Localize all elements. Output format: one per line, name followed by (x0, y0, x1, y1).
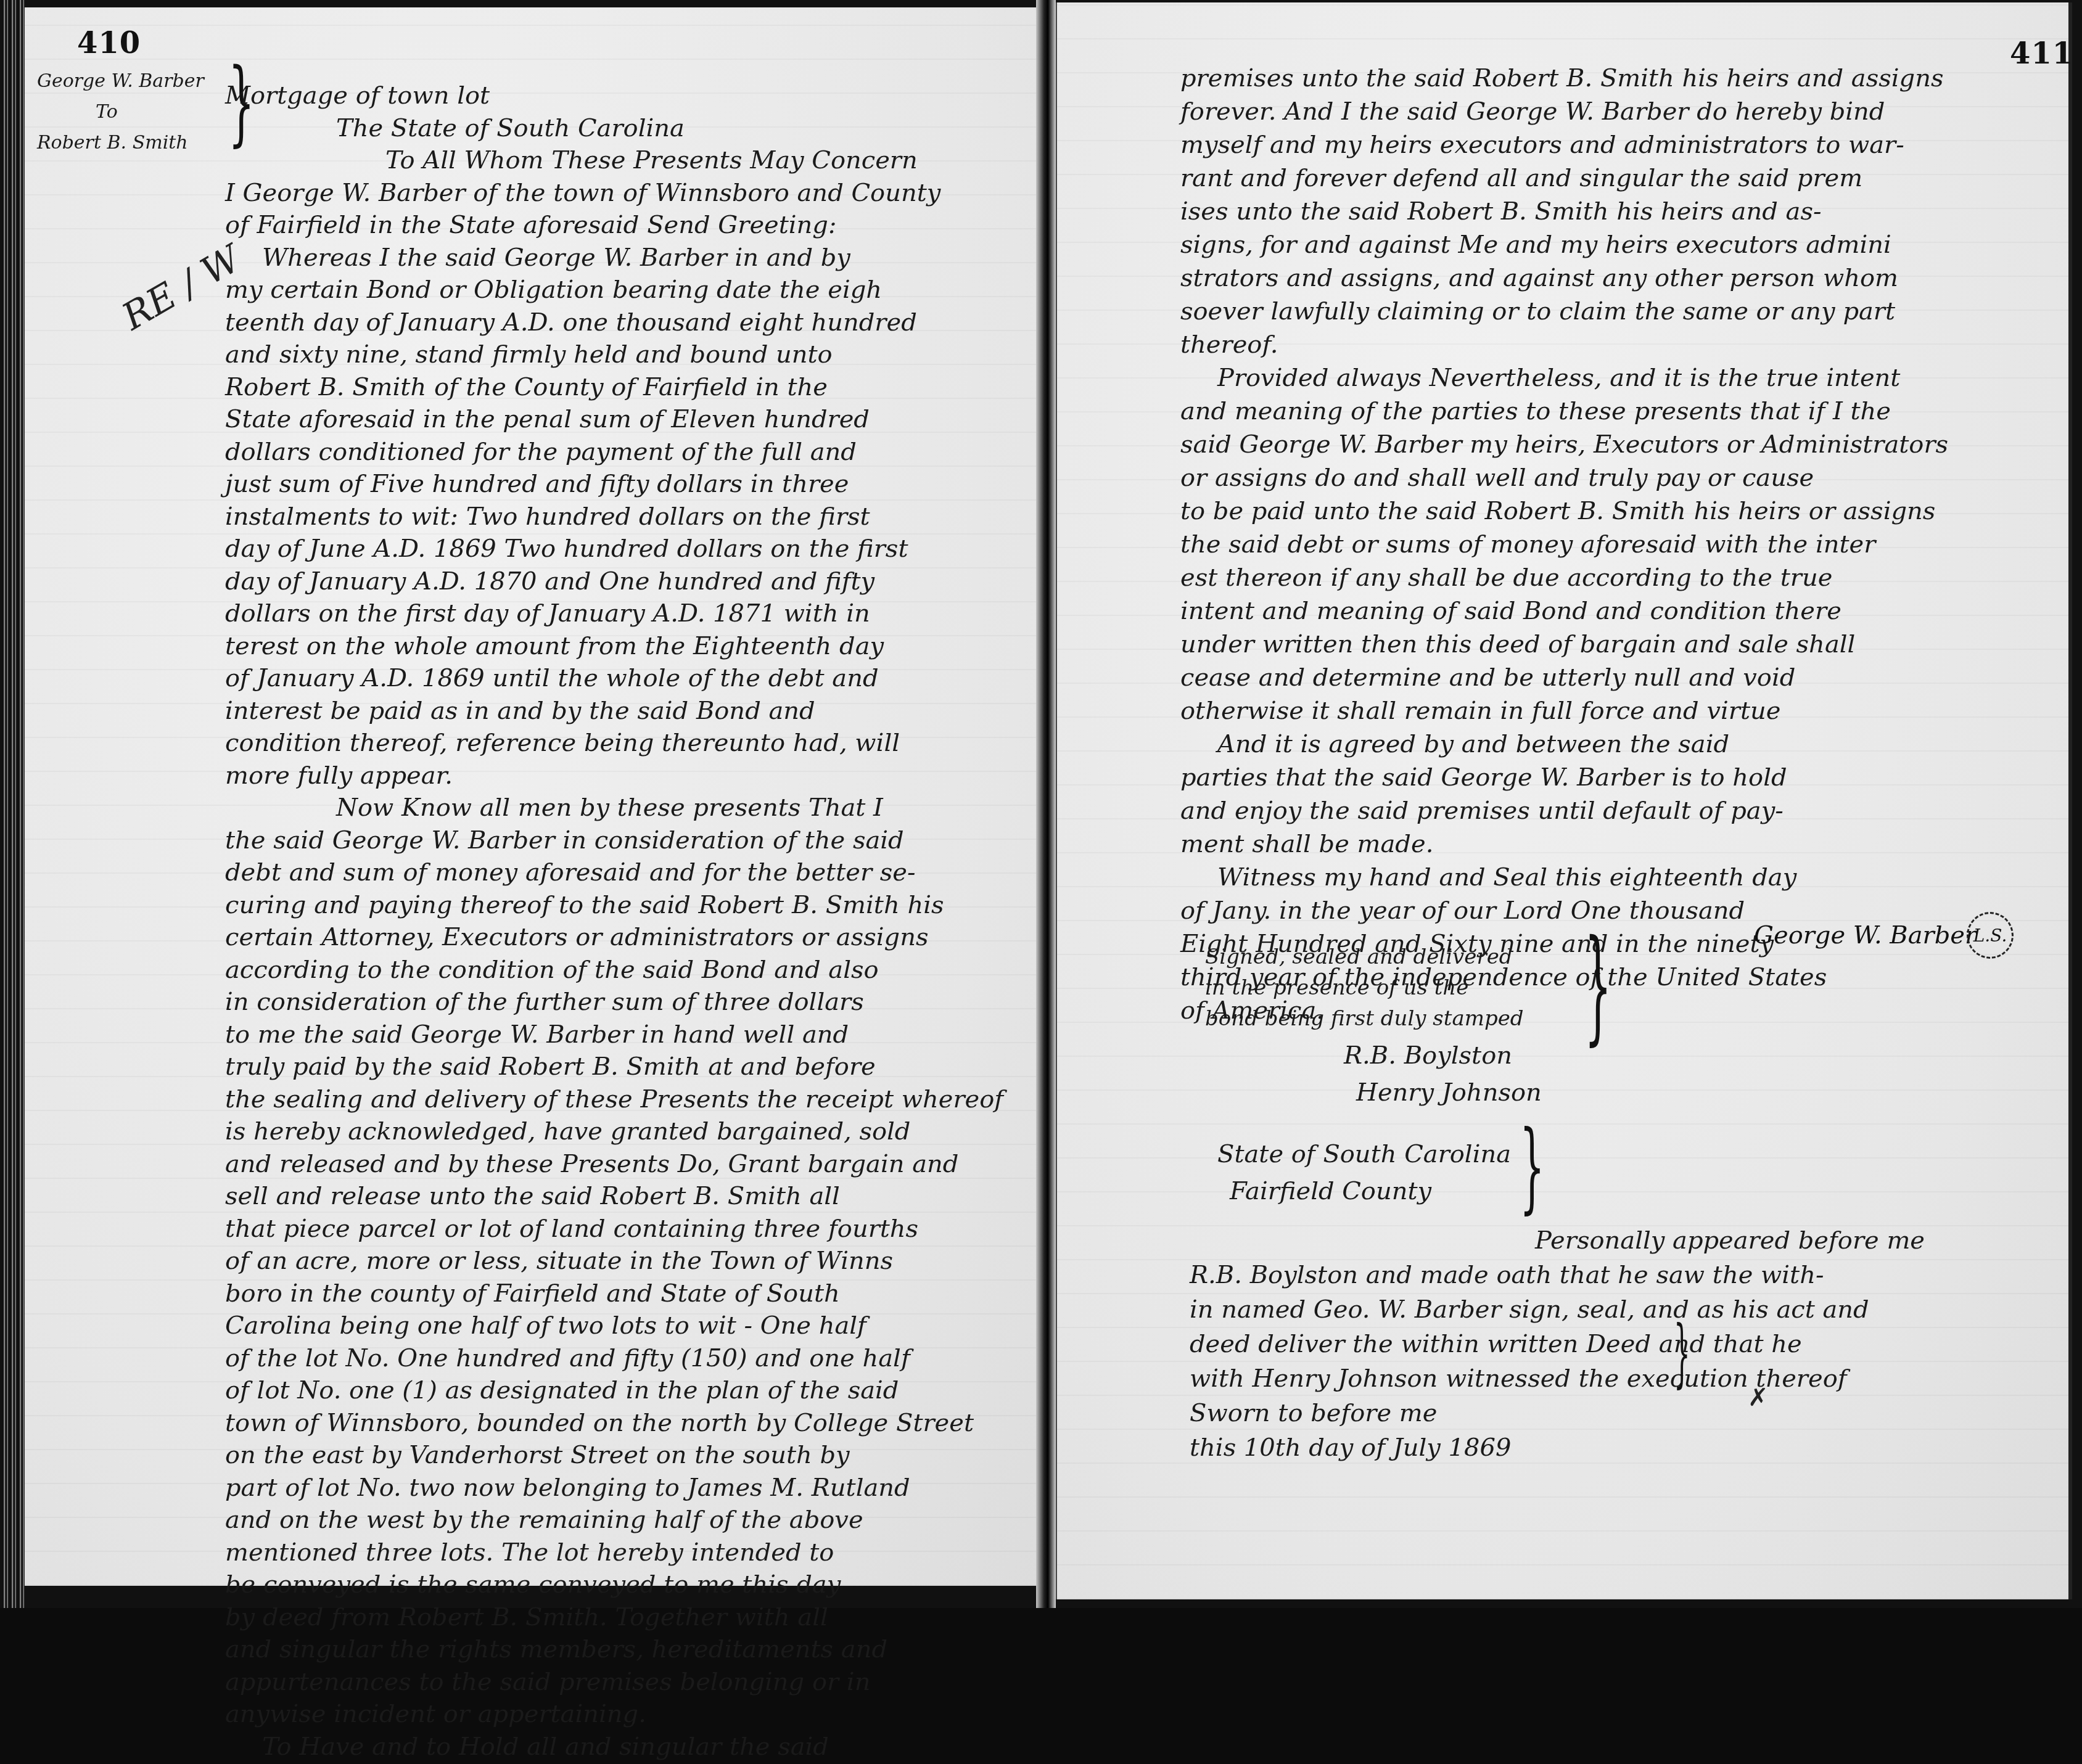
text-line: town of Winnsboro, bounded on the north … (225, 1406, 1003, 1438)
text-line: dollars on the first day of January A.D.… (225, 596, 1003, 629)
text-line: day of June A.D. 1869 Two hundred dollar… (225, 531, 1003, 564)
affidavit-line: with Henry Johnson witnessed the executi… (1190, 1361, 1925, 1396)
text-line: under written then this deed of bargain … (1180, 627, 1948, 660)
text-line: intent and meaning of said Bond and cond… (1180, 594, 1948, 627)
text-line: day of January A.D. 1870 and One hundred… (225, 564, 1003, 597)
text-line: the sealing and delivery of these Presen… (225, 1082, 1003, 1115)
affidavit-line: in named Geo. W. Barber sign, seal, and … (1190, 1292, 1925, 1327)
text-line: thereof. (1180, 327, 1948, 361)
text-line: truly paid by the said Robert B. Smith a… (225, 1049, 1003, 1082)
text-line: my certain Bond or Obligation bearing da… (225, 273, 1003, 305)
seal-icon: L.S. (1967, 912, 2014, 959)
ledger-spread: 410 George W. Barber To Robert B. Smith … (0, 0, 2082, 1608)
text-line: dollars conditioned for the payment of t… (225, 435, 1003, 467)
text-line: and sixty nine, stand firmly held and bo… (225, 337, 1003, 370)
text-line: according to the condition of the said B… (225, 953, 1003, 985)
witness-clause-line: Signed, sealed and delivered (1205, 940, 1524, 970)
seal-label: L.S. (1973, 925, 2007, 946)
text-line: to me the said George W. Barber in hand … (225, 1017, 1003, 1050)
affidavit-line: Personally appeared before me (1190, 1223, 1925, 1258)
witness-brace: } (1584, 933, 1612, 1038)
affidavit-line: R.B. Boylston and made oath that he saw … (1190, 1258, 1925, 1292)
affidavit-line: Sworn to before me (1190, 1396, 1925, 1430)
jurat-brace: } (1674, 1319, 1690, 1387)
text-line: the said debt or sums of money aforesaid… (1180, 527, 1948, 560)
text-line: I George W. Barber of the town of Winnsb… (225, 176, 1003, 208)
text-line: boro in the county of Fairfield and Stat… (225, 1276, 1003, 1309)
witness-name: R.B. Boylston (1344, 1038, 1542, 1075)
text-line: certain Attorney, Executors or administr… (225, 920, 1003, 953)
left-page-text: Mortgage of town lot The State of South … (225, 78, 1003, 1608)
text-line: mentioned three lots. The lot hereby int… (225, 1535, 1003, 1568)
text-line: signs, for and against Me and my heirs e… (1180, 228, 1948, 261)
text-line: of the lot No. One hundred and fifty (15… (225, 1341, 1003, 1374)
witness-signatures: R.B. Boylston Henry Johnson (1344, 1038, 1542, 1112)
venue-county: Fairfield County (1217, 1174, 1511, 1211)
text-line: Witness my hand and Seal this eighteenth… (1180, 860, 1948, 893)
text-line: est thereon if any shall be due accordin… (1180, 560, 1948, 594)
text-line: parties that the said George W. Barber i… (1180, 760, 1948, 794)
text-line: cease and determine and be utterly null … (1180, 660, 1948, 694)
text-line: of an acre, more or less, situate in the… (225, 1244, 1003, 1276)
text-line: forever. And I the said George W. Barber… (1180, 94, 1948, 128)
text-line: said George W. Barber my heirs, Executor… (1180, 427, 1948, 461)
text-line: and released and by these Presents Do, G… (225, 1147, 1003, 1179)
text-line: and meaning of the parties to these pres… (1180, 394, 1948, 427)
text-line: and enjoy the said premises until defaul… (1180, 794, 1948, 827)
margin-grantor: George W. Barber (37, 66, 234, 97)
text-line: And it is agreed by and between the said (1180, 727, 1948, 760)
affidavit-line: this 10th day of July 1869 (1190, 1430, 1925, 1465)
text-line: otherwise it shall remain in full force … (1180, 694, 1948, 727)
book-gutter (1036, 0, 1056, 1608)
right-page-text: premises unto the said Robert B. Smith h… (1180, 61, 1948, 1027)
text-line: teenth day of January A.D. one thousand … (225, 305, 1003, 338)
text-line: sell and release unto the said Robert B.… (225, 1179, 1003, 1212)
text-line: terest on the whole amount from the Eigh… (225, 629, 1003, 662)
text-line: of January A.D. 1869 until the whole of … (225, 661, 1003, 694)
text-line: curing and paying thereof to the said Ro… (225, 888, 1003, 921)
text-line: Whereas I the said George W. Barber in a… (225, 240, 1003, 273)
text-line: be conveyed is the same conveyed to me t… (225, 1567, 1003, 1600)
witness-clause-line: bond being first duly stamped (1205, 1001, 1524, 1032)
ink-blot-mark: ✗ (1748, 1384, 1769, 1412)
text-line: part of lot No. two now belonging to Jam… (225, 1471, 1003, 1503)
text-line: by deed from Robert B. Smith. Together w… (225, 1600, 1003, 1609)
page-number-left: 410 (77, 26, 141, 60)
text-line: The State of South Carolina (225, 111, 1003, 144)
text-line: on the east by Vanderhorst Street on the… (225, 1438, 1003, 1471)
text-line: instalments to wit: Two hundred dollars … (225, 499, 1003, 532)
left-page: 410 George W. Barber To Robert B. Smith … (25, 7, 1038, 1586)
right-page: 411 premises unto the said Robert B. Smi… (1056, 2, 2072, 1599)
text-line: Now Know all men by these presents That … (225, 790, 1003, 823)
text-line: to be paid unto the said Robert B. Smith… (1180, 494, 1948, 527)
witness-clause-line: in the presence of us the (1205, 970, 1524, 1001)
text-line: strators and assigns, and against any ot… (1180, 261, 1948, 294)
text-line: just sum of Five hundred and fifty dolla… (225, 467, 1003, 499)
text-line: and on the west by the remaining half of… (225, 1503, 1003, 1535)
text-line: rant and forever defend all and singular… (1180, 161, 1948, 194)
text-line: more fully appear. (225, 758, 1003, 791)
text-line: that piece parcel or lot of land contain… (225, 1212, 1003, 1244)
text-line: soever lawfully claiming or to claim the… (1180, 294, 1948, 327)
text-line: ment shall be made. (1180, 827, 1948, 860)
text-line: of Fairfield in the State aforesaid Send… (225, 208, 1003, 240)
text-line: of lot No. one (1) as designated in the … (225, 1373, 1003, 1406)
grantor-signature: George W. Barber (1754, 921, 1977, 950)
affidavit-text: Personally appeared before me R.B. Boyls… (1190, 1223, 1925, 1465)
witness-name: Henry Johnson (1344, 1075, 1542, 1112)
margin-grantee: Robert B. Smith (37, 128, 234, 158)
text-line: or assigns do and shall well and truly p… (1180, 461, 1948, 494)
affidavit-line: deed deliver the within written Deed and… (1190, 1327, 1925, 1361)
venue-state: State of South Carolina (1217, 1137, 1511, 1174)
book-edge (0, 0, 25, 1608)
text-line: condition thereof, reference being there… (225, 726, 1003, 758)
text-line: To All Whom These Presents May Concern (225, 143, 1003, 176)
margin-to: To (37, 97, 234, 128)
text-line: in consideration of the further sum of t… (225, 985, 1003, 1017)
text-line: Robert B. Smith of the County of Fairfie… (225, 370, 1003, 403)
text-line: is hereby acknowledged, have granted bar… (225, 1114, 1003, 1147)
page-number-right: 411 (2010, 36, 2073, 71)
text-line: ises unto the said Robert B. Smith his h… (1180, 194, 1948, 228)
witness-clause: Signed, sealed and delivered in the pres… (1205, 940, 1524, 1032)
venue-caption: State of South Carolina Fairfield County (1217, 1137, 1511, 1211)
text-line: Carolina being one half of two lots to w… (225, 1308, 1003, 1341)
text-line: State aforesaid in the penal sum of Elev… (225, 402, 1003, 435)
margin-party-note: George W. Barber To Robert B. Smith (37, 66, 234, 158)
venue-brace: } (1520, 1123, 1545, 1210)
text-line: premises unto the said Robert B. Smith h… (1180, 61, 1948, 94)
text-line: Mortgage of town lot (225, 78, 1003, 111)
text-line: myself and my heirs executors and admini… (1180, 128, 1948, 161)
text-line: debt and sum of money aforesaid and for … (225, 855, 1003, 888)
text-line: Provided always Nevertheless, and it is … (1180, 361, 1948, 394)
text-line: interest be paid as in and by the said B… (225, 694, 1003, 726)
text-line: the said George W. Barber in considerati… (225, 823, 1003, 856)
